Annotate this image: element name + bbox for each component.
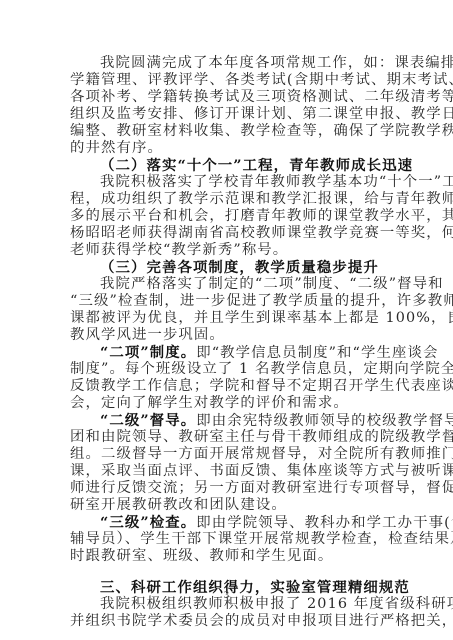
paragraph-line: 我院积极落实了学校青年教师教学基本功“十个一”工: [70, 174, 386, 191]
paragraph-line: 课，采取当面点评、书面反馈、集体座谈等方式与被听课教: [70, 463, 386, 480]
paragraph-line: 编整、教研室材料收集、教学检查等，确保了学院教学秩序: [70, 123, 386, 140]
paragraph-line: “二级”督导。即由余宪特级教师领导的校级教学督导: [70, 412, 386, 429]
paragraph-line: 并组织书院学术委员会的成员对申报项目进行严格把关，一: [70, 613, 386, 630]
paragraph-line: 的井然有序。: [70, 140, 386, 157]
paragraph-line: 老师获得学校“教学新秀”称号。: [70, 242, 386, 259]
paragraph-lead: “二项”制度。: [100, 344, 196, 361]
paragraph-line: 杨昭昭老师获得湖南省高校教师课堂教学竞赛一等奖，何舟: [70, 225, 386, 242]
paragraph-line: “二项”制度。即“教学信息员制度”和“学生座谈会: [70, 344, 386, 361]
paragraph-line: 时跟教研室、班级、教师和学生见面。: [70, 548, 386, 565]
paragraph-line: 会，定向了解学生对教学的评价和需求。: [70, 395, 386, 412]
paragraph-line: 我院严格落实了制定的“二项”制度、“二级”督导和: [70, 276, 386, 293]
paragraph-text: 即由学院领导、教科办和学工办干事(含: [196, 515, 453, 531]
paragraph-line: 我院圆满完成了本年度各项常规工作，如：课表编排、: [70, 55, 386, 72]
paragraph-line: 教风学风进一步巩固。: [70, 327, 386, 344]
paragraph-line: 辅导员）、学生干部下课堂开展常规教学检查，检查结果及: [70, 531, 386, 548]
paragraph-line: 多的展示平台和机会，打磨青年教师的课堂教学水平，其中: [70, 208, 386, 225]
paragraph-line: 反馈教学工作信息；学院和督导不定期召开学生代表座谈: [70, 378, 386, 395]
paragraph-line: 程，成功组织了教学示范课和教学汇报课，给与青年教师更: [70, 191, 386, 208]
paragraph-lead: “二级”督导。: [100, 412, 196, 429]
paragraph-line: 学籍管理、评教评学、各类考试(含期中考试、期末考试、: [70, 72, 386, 89]
paragraph-text: 即由余宪特级教师领导的校级教学督导: [196, 413, 453, 429]
section-gap: [70, 565, 386, 579]
paragraph-line: “三级”检查。即由学院领导、教科办和学工办干事(含: [70, 514, 386, 531]
paragraph-line: 师进行反馈交流；另一方面对教研室进行专项督导，督促教: [70, 480, 386, 497]
page-number: 3: [0, 591, 453, 601]
paragraph-line: 研室开展教研教改和团队建设。: [70, 497, 386, 514]
paragraph-text: 即“教学信息员制度”和“学生座谈会: [196, 345, 438, 361]
paragraph-line: 制度”。每个班级设立了 1 名教学信息员，定期向学院全面: [70, 361, 386, 378]
paragraph-line: 各项补考、学籍转换考试及三项资格测试、二年级清考等): [70, 89, 386, 106]
paragraph-line: 团和由院领导、教研室主任与骨干教师组成的院级教学督导: [70, 429, 386, 446]
subsection-heading: （二）落实“十个一”工程，青年教师成长迅速: [70, 157, 386, 174]
document-page: 我院圆满完成了本年度各项常规工作，如：课表编排、 学籍管理、评教评学、各类考试(…: [0, 0, 453, 640]
paragraph-line: 组织及监考安排、修订开课计划、第二课堂申报、教学日历: [70, 106, 386, 123]
paragraph-line: 课都被评为优良，并且学生到课率基本上都是 100%，良好的: [70, 310, 386, 327]
paragraph-line: 组。二级督导一方面开展常规督导，对全院所有教师推门听: [70, 446, 386, 463]
subsection-heading: （三）完善各项制度，教学质量稳步提升: [70, 259, 386, 276]
page-content: 我院圆满完成了本年度各项常规工作，如：课表编排、 学籍管理、评教评学、各类考试(…: [70, 55, 386, 630]
paragraph-line: “三级”检查制，进一步促进了教学质量的提升，许多教师: [70, 293, 386, 310]
paragraph-lead: “三级”检查。: [100, 514, 196, 531]
